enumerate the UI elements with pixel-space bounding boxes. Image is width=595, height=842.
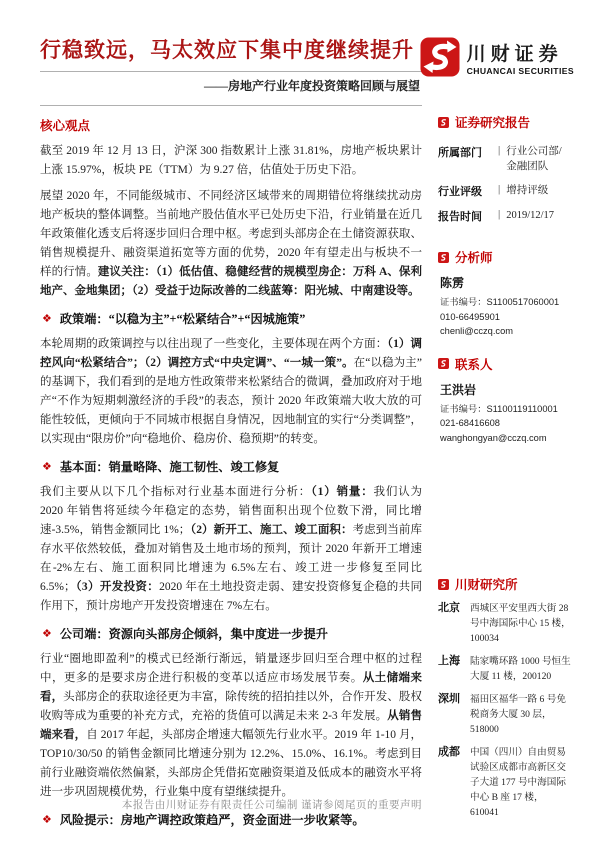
report-subtitle: ——房地产行业年度投资策略回顾与展望 bbox=[40, 72, 422, 98]
meta-row-department: 所属部门 | 行业公司部/金融团队 bbox=[438, 144, 572, 174]
sidebar-heading-research-office: 川财研究所 bbox=[438, 575, 572, 593]
meta-divider: | bbox=[498, 208, 500, 220]
analyst-email: chenli@cczq.com bbox=[440, 324, 572, 339]
sidebar-heading-report-badge: 证券研究报告 bbox=[438, 113, 572, 131]
office-location-shenzhen: 深圳 福田区福华一路 6 号免税商务大厦 30 层，518000 bbox=[438, 692, 572, 737]
section-heading-label: 风险提示：房地产调控政策趋严，资金面进一步收紧等。 bbox=[60, 811, 365, 829]
diamond-bullet-icon: ❖ bbox=[42, 310, 52, 328]
sidebar-heading-label: 联系人 bbox=[455, 355, 493, 373]
meta-row-date: 报告时间 | 2019/12/17 bbox=[438, 208, 572, 224]
report-meta: 所属部门 | 行业公司部/金融团队 行业评级 | 增持评级 报告时间 | 201… bbox=[438, 144, 572, 224]
meta-row-rating: 行业评级 | 增持评级 bbox=[438, 183, 572, 199]
office-city: 北京 bbox=[438, 601, 464, 646]
brand-name: 川财证券 CHUANCAI SECURITIES bbox=[467, 39, 574, 76]
report-page: 行稳致远，马太效应下集中度继续提升 ——房地产行业年度投资策略回顾与展望 川财证… bbox=[0, 0, 595, 842]
office-address: 中国（四川）自由贸易试验区成都市高新区交子大道 177 号中海国际中心 B 座 … bbox=[470, 745, 572, 820]
office-city: 深圳 bbox=[438, 692, 464, 737]
meta-label: 报告时间 bbox=[438, 208, 496, 224]
office-city: 成都 bbox=[438, 745, 464, 820]
meta-label: 所属部门 bbox=[438, 144, 496, 160]
section-heading-fundamentals: ❖ 基本面：销量略降、施工韧性、竣工修复 bbox=[40, 458, 422, 476]
diamond-bullet-icon: ❖ bbox=[42, 458, 52, 476]
diamond-bullet-icon: ❖ bbox=[42, 625, 52, 643]
office-location-beijing: 北京 西城区平安里西大街 28 号中海国际中心 15 楼，100034 bbox=[438, 601, 572, 646]
footer-disclaimer: 本报告由川财证券有限责任公司编制 谨请参阅尾页的重要声明 bbox=[40, 797, 422, 812]
office-address: 陆家嘴环路 1000 号恒生大厦 11 楼，200120 bbox=[470, 654, 572, 684]
contact-name: 王洪岩 bbox=[440, 381, 572, 398]
brand-name-cn: 川财证券 bbox=[467, 39, 563, 66]
header-title-block: 行稳致远，马太效应下集中度继续提升 ——房地产行业年度投资策略回顾与展望 bbox=[40, 34, 422, 106]
contact-email: wanghongyan@cczq.com bbox=[440, 431, 572, 446]
page-columns: 核心观点 截至 2019 年 12 月 13 日，沪深 300 指数累计上涨 3… bbox=[40, 113, 572, 836]
report-body: 核心观点 截至 2019 年 12 月 13 日，沪深 300 指数累计上涨 3… bbox=[40, 113, 422, 836]
section-heading-label: 基本面：销量略降、施工韧性、竣工修复 bbox=[60, 458, 279, 476]
section-heading-policy: ❖ 政策端：“以稳为主”+“松紧结合”+“因城施策” bbox=[40, 310, 422, 328]
meta-divider: | bbox=[498, 144, 500, 156]
section-heading-risk: ❖ 风险提示：房地产调控政策趋严，资金面进一步收紧等。 bbox=[40, 811, 422, 829]
diamond-bullet-icon: ❖ bbox=[42, 811, 52, 829]
intro-paragraph: 截至 2019 年 12 月 13 日，沪深 300 指数累计上涨 31.81%… bbox=[40, 142, 422, 180]
contact-cert: 证书编号：S1100119110001 bbox=[440, 402, 572, 417]
section-heading-label: 公司端：资源向头部房企倾斜，集中度进一步提升 bbox=[60, 625, 328, 643]
sidebar-heading-label: 证券研究报告 bbox=[455, 113, 530, 131]
report-sidebar: 证券研究报告 所属部门 | 行业公司部/金融团队 行业评级 | 增持评级 报告时… bbox=[438, 113, 572, 836]
subtitle-divider bbox=[40, 105, 422, 106]
office-city: 上海 bbox=[438, 654, 464, 684]
meta-value: 2019/12/17 bbox=[506, 208, 554, 223]
office-address: 福田区福华一路 6 号免税商务大厦 30 层，518000 bbox=[470, 692, 572, 737]
brand-name-en: CHUANCAI SECURITIES bbox=[467, 66, 574, 76]
meta-value: 行业公司部/金融团队 bbox=[506, 144, 572, 174]
sidebar-heading-analyst: 分析师 bbox=[438, 248, 572, 266]
report-header: 行稳致远，马太效应下集中度继续提升 ——房地产行业年度投资策略回顾与展望 川财证… bbox=[40, 34, 572, 106]
analyst-card: 陈雳 证书编号：S1100517060001 010-66495901 chen… bbox=[440, 274, 572, 339]
section-paragraph: 本轮周期的政策调控与以往出现了一些变化，主要体现在两个方面：（1）调控风向“松紧… bbox=[40, 335, 422, 449]
analyst-cert: 证书编号：S1100517060001 bbox=[440, 295, 572, 310]
sidebar-heading-contact: 联系人 bbox=[438, 355, 572, 373]
intro-paragraph: 展望 2020 年，不同能级城市、不同经济区域带来的周期错位将继续扰动房地产板块… bbox=[40, 187, 422, 301]
analyst-name: 陈雳 bbox=[440, 274, 572, 291]
contact-phone: 021-68416608 bbox=[440, 416, 572, 431]
meta-value: 增持评级 bbox=[506, 183, 548, 198]
report-title: 行稳致远，马太效应下集中度继续提升 bbox=[40, 34, 422, 64]
office-location-shanghai: 上海 陆家嘴环路 1000 号恒生大厦 11 楼，200120 bbox=[438, 654, 572, 684]
meta-divider: | bbox=[498, 183, 500, 195]
brand-mark-icon bbox=[438, 252, 449, 263]
office-location-chengdu: 成都 中国（四川）自由贸易试验区成都市高新区交子大道 177 号中海国际中心 B… bbox=[438, 745, 572, 820]
section-paragraph: 我们主要从以下几个指标对行业基本面进行分析：（1）销量：我们认为 2020 年销… bbox=[40, 483, 422, 616]
brand-logo: 川财证券 CHUANCAI SECURITIES bbox=[420, 37, 574, 77]
office-address: 西城区平安里西大街 28 号中海国际中心 15 楼，100034 bbox=[470, 601, 572, 646]
sidebar-heading-label: 分析师 bbox=[455, 248, 493, 266]
brand-mark-icon bbox=[438, 358, 449, 369]
section-heading-label: 政策端：“以稳为主”+“松紧结合”+“因城施策” bbox=[60, 310, 305, 328]
sidebar-heading-label: 川财研究所 bbox=[455, 575, 518, 593]
brand-mark-icon bbox=[438, 117, 449, 128]
section-paragraph: 行业“圈地即盈利”的模式已经渐行渐远，销量逐步回归至合理中枢的过程中，更多的是要… bbox=[40, 650, 422, 802]
section-heading-companies: ❖ 公司端：资源向头部房企倾斜，集中度进一步提升 bbox=[40, 625, 422, 643]
meta-label: 行业评级 bbox=[438, 183, 496, 199]
core-view-heading: 核心观点 bbox=[40, 116, 422, 134]
analyst-phone: 010-66495901 bbox=[440, 310, 572, 325]
contact-card: 王洪岩 证书编号：S1100119110001 021-68416608 wan… bbox=[440, 381, 572, 446]
brand-logo-icon bbox=[420, 37, 460, 77]
brand-mark-icon bbox=[438, 579, 449, 590]
